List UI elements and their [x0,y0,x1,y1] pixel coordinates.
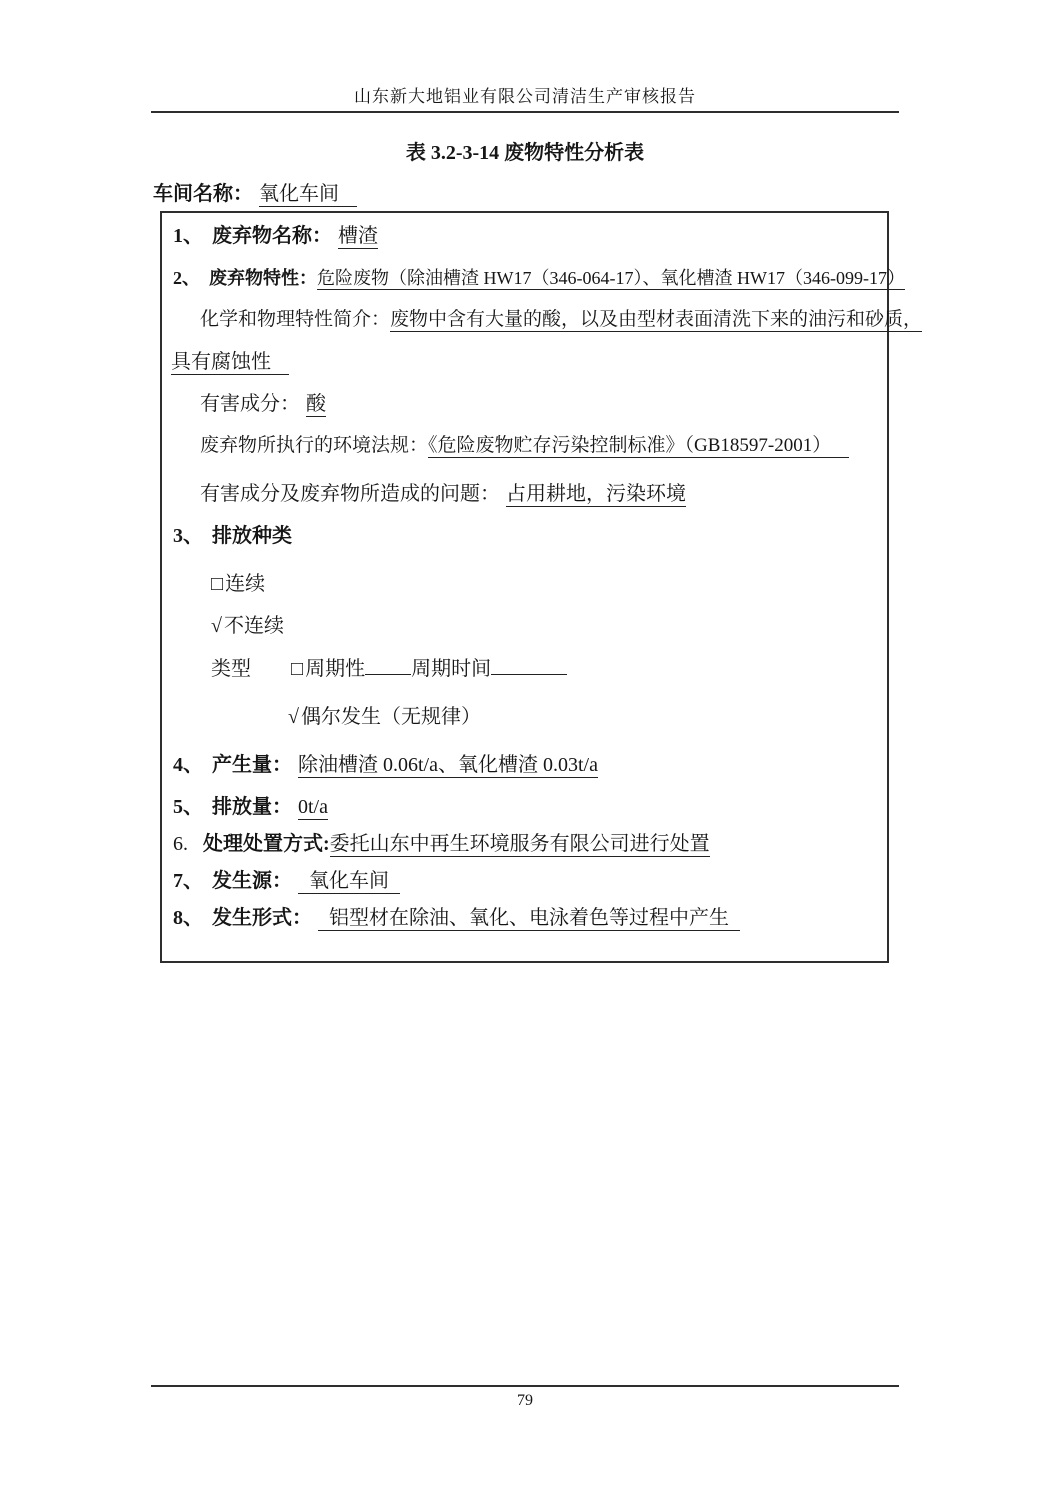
periodic-label: 周期性 [305,658,365,680]
table-title: 表 3.2-3-14 废物特性分析表 [151,136,899,165]
waste-property-number: 2、 [173,268,200,288]
continuous-checkbox-icon: □ [211,573,223,595]
discharge-amount-number: 5、 [173,796,203,818]
workshop-name-label: 车间名称： [153,183,253,205]
waste-name-number: 1、 [173,225,203,247]
period-time-label: 周期时间 [411,658,491,680]
generation-source-number: 7、 [173,870,203,892]
generation-form-number: 8、 [173,907,203,929]
treatment-method-label: 处理处置方式: [203,833,330,855]
page-number: 79 [151,1392,899,1410]
row-harmful-component: 有害成分：酸 [162,391,881,417]
row-chem-physical-cont: 具有腐蚀性 [162,349,881,375]
discharge-amount-value: 0t/a [298,796,328,820]
row-waste-property: 2、废弃物特性：危险废物（除油槽渣 HW17（346-064-17）、氧化槽渣 … [162,265,881,291]
type-label: 类型 [211,658,251,680]
workshop-name-value: 氧化车间 [259,183,357,207]
row-discharge-amount: 5、排放量：0t/a [162,794,881,820]
waste-property-label: 废弃物特性： [209,268,317,288]
row-option-discontinuous: √不连续 [162,613,881,639]
row-option-continuous: □连续 [162,571,881,597]
waste-property-value: 危险废物（除油槽渣 HW17（346-064-17）、氧化槽渣 HW17（346… [317,268,905,290]
discontinuous-check-icon: √ [211,615,222,637]
generation-amount-number: 4、 [173,754,203,776]
occasional-label: 偶尔发生（无规律） [301,706,481,728]
discharge-type-number: 3、 [173,525,203,547]
discharge-amount-label: 排放量： [212,796,292,818]
waste-name-label: 废弃物名称： [212,225,332,247]
row-caused-problems: 有害成分及废弃物所造成的问题：占用耕地，污染环境 [162,481,881,507]
period-time-blank-field [491,655,567,675]
row-generation-amount: 4、产生量：除油槽渣 0.06t/a、氧化槽渣 0.03t/a [162,752,881,778]
row-treatment-method: 6.处理处置方式:委托山东中再生环境服务有限公司进行处置 [162,831,881,857]
treatment-method-number: 6. [173,833,188,855]
generation-source-label: 发生源： [212,870,292,892]
row-option-occasional: √偶尔发生（无规律） [162,704,881,730]
periodic-checkbox-icon: □ [291,658,303,680]
row-chem-physical-intro: 化学和物理特性简介：废物中含有大量的酸，以及由型材表面清洗下来的油污和砂质， [162,307,881,333]
header-rule [151,111,899,113]
occasional-check-icon: √ [288,706,299,728]
chem-intro-value-continuation: 具有腐蚀性 [171,351,289,375]
document-page: 山东新大地铝业有限公司清洁生产审核报告 表 3.2-3-14 废物特性分析表 车… [0,0,1050,1485]
row-environmental-regulation: 废弃物所执行的环境法规：《危险废物贮存污染控制标准》（GB18597-2001） [162,433,881,459]
caused-problems-label: 有害成分及废弃物所造成的问题： [200,483,500,505]
harmful-component-value: 酸 [306,393,326,417]
generation-form-label: 发生形式： [212,907,312,929]
row-type: 类型□周期性周期时间 [162,655,881,682]
regulation-label: 废弃物所执行的环境法规： [200,435,428,456]
caused-problems-value: 占用耕地，污染环境 [506,483,686,507]
discharge-type-label: 排放种类 [212,525,292,547]
generation-amount-label: 产生量： [212,754,292,776]
row-generation-source: 7、发生源：氧化车间 [162,868,881,894]
waste-name-value: 槽渣 [338,225,378,249]
treatment-method-value: 委托山东中再生环境服务有限公司进行处置 [330,833,710,857]
workshop-name-row: 车间名称：氧化车间 [153,177,357,206]
row-generation-form: 8、发生形式：铝型材在除油、氧化、电泳着色等过程中产生 [162,905,881,931]
generation-amount-value: 除油槽渣 0.06t/a、氧化槽渣 0.03t/a [298,754,598,778]
generation-form-value: 铝型材在除油、氧化、电泳着色等过程中产生 [318,907,740,931]
row-waste-name: 1、废弃物名称：槽渣 [162,223,881,249]
periodic-blank-field [365,655,411,675]
footer-rule [151,1385,899,1387]
regulation-value: 《危险废物贮存污染控制标准》（GB18597-2001） [428,435,849,458]
row-discharge-type-heading: 3、排放种类 [162,523,881,549]
report-header-title: 山东新大地铝业有限公司清洁生产审核报告 [151,82,899,107]
generation-source-value: 氧化车间 [298,870,400,894]
waste-characteristics-form: 1、废弃物名称：槽渣 2、废弃物特性：危险废物（除油槽渣 HW17（346-06… [160,211,889,963]
continuous-label: 连续 [225,573,265,595]
harmful-component-label: 有害成分： [200,393,300,415]
discontinuous-label: 不连续 [224,615,284,637]
chem-intro-label: 化学和物理特性简介： [200,309,390,330]
chem-intro-value: 废物中含有大量的酸，以及由型材表面清洗下来的油污和砂质， [390,309,922,332]
